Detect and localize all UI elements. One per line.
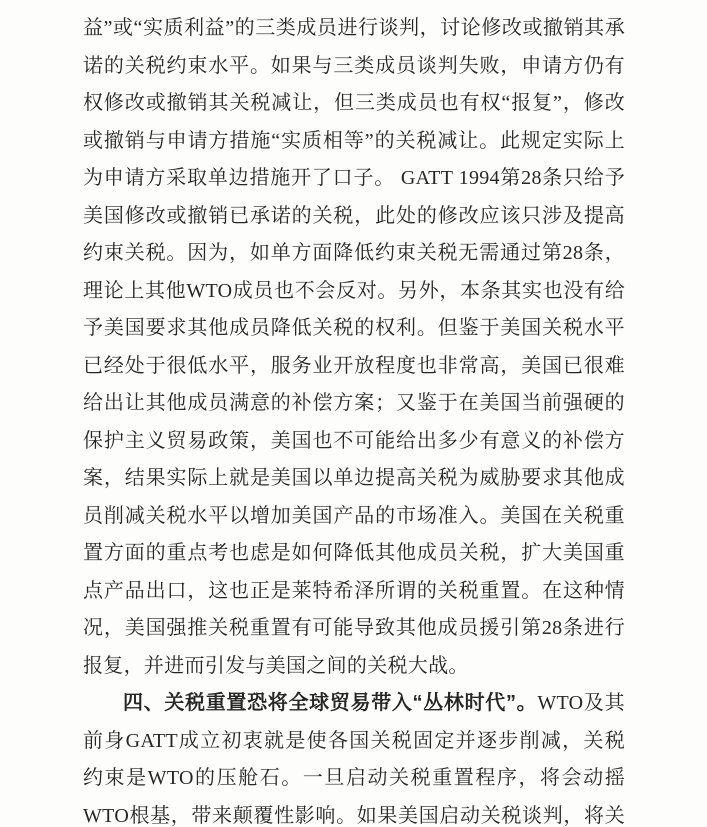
text-line: 保护主义贸易政策，美国也不可能给出多少有意义的补偿方 — [83, 423, 625, 461]
text-line: 案，结果实际上就是美国以单边提高关税为威胁要求其他成 — [83, 460, 625, 498]
text-line: 前身GATT成立初衷就是使各国关税固定并逐步削减，关税 — [83, 723, 625, 761]
text-line: 约束关税。因为，如单方面降低约束关税无需通过第28条， — [83, 235, 625, 273]
text-line: 点产品出口，这也正是莱特希泽所谓的关税重置。在这种情 — [83, 573, 625, 611]
section-heading-line: 四、关税重置恐将全球贸易带入“丛林时代”。WTO及其 — [83, 685, 625, 723]
body-text: 报复，并进而引发与美国之间的关税大战。 — [83, 655, 469, 677]
body-text: 为申请方采取单边措施开了口子。 GATT 1994第28条只给予 — [83, 167, 625, 189]
body-text: 益”或“实质利益”的三类成员进行谈判，讨论修改或撤销其承 — [83, 17, 625, 39]
body-text: 美国修改或撤销已承诺的关税，此处的修改应该只涉及提高 — [83, 205, 625, 227]
body-text: 给出让其他成员满意的补偿方案；又鉴于在美国当前强硬的 — [83, 392, 625, 414]
body-text: 予美国要求其他成员降低关税的权利。但鉴于美国关税水平 — [83, 317, 625, 339]
body-text: WTO根基，带来颠覆性影响。如果美国启动关税谈判，将关 — [83, 805, 625, 827]
body-text: 置方面的重点考也虑是如何降低其他成员关税，扩大美国重 — [83, 542, 625, 564]
text-line: 美国修改或撤销已承诺的关税，此处的修改应该只涉及提高 — [83, 198, 625, 236]
body-text: 员削减关税水平以增加美国产品的市场准入。美国在关税重 — [83, 505, 625, 527]
text-column: 益”或“实质利益”的三类成员进行谈判，讨论修改或撤销其承诺的关税约束水平。如果与… — [83, 10, 625, 827]
text-line: 为申请方采取单边措施开了口子。 GATT 1994第28条只给予 — [83, 160, 625, 198]
body-text: 或撤销与申请方措施“实质相等”的关税减让。此规定实际上 — [83, 130, 625, 152]
text-line: 已经处于很低水平，服务业开放程度也非常高，美国已很难 — [83, 348, 625, 386]
text-line: 益”或“实质利益”的三类成员进行谈判，讨论修改或撤销其承 — [83, 10, 625, 48]
body-text: 诺的关税约束水平。如果与三类成员谈判失败，申请方仍有 — [83, 55, 625, 77]
document-page: 益”或“实质利益”的三类成员进行谈判，讨论修改或撤销其承诺的关税约束水平。如果与… — [0, 0, 707, 827]
body-text: 约束是WTO的压舱石。一旦启动关税重置程序，将会动摇 — [83, 767, 625, 789]
text-line: 置方面的重点考也虑是如何降低其他成员关税，扩大美国重 — [83, 535, 625, 573]
heading-text: 四、关税重置恐将全球贸易带入“丛林时代”。 — [123, 692, 537, 714]
body-text: 案，结果实际上就是美国以单边提高关税为威胁要求其他成 — [83, 467, 625, 489]
body-text: 点产品出口，这也正是莱特希泽所谓的关税重置。在这种情 — [83, 580, 625, 602]
text-line: 况，美国强推关税重置有可能导致其他成员援引第28条进行 — [83, 610, 625, 648]
body-text: WTO及其 — [537, 692, 625, 714]
body-text: 前身GATT成立初衷就是使各国关税固定并逐步削减，关税 — [83, 730, 625, 752]
body-text: 权修改或撤销其关税减让，但三类成员也有权“报复”，修改 — [83, 92, 625, 114]
text-line: 员削减关税水平以增加美国产品的市场准入。美国在关税重 — [83, 498, 625, 536]
body-text: 保护主义贸易政策，美国也不可能给出多少有意义的补偿方 — [83, 430, 625, 452]
text-line: 给出让其他成员满意的补偿方案；又鉴于在美国当前强硬的 — [83, 385, 625, 423]
text-line: WTO根基，带来颠覆性影响。如果美国启动关税谈判，将关 — [83, 798, 625, 827]
body-text: 已经处于很低水平，服务业开放程度也非常高，美国已很难 — [83, 355, 625, 377]
text-line: 或撤销与申请方措施“实质相等”的关税减让。此规定实际上 — [83, 123, 625, 161]
body-text: 理论上其他WTO成员也不会反对。另外，本条其实也没有给 — [83, 280, 625, 302]
text-line: 权修改或撤销其关税减让，但三类成员也有权“报复”，修改 — [83, 85, 625, 123]
text-line: 予美国要求其他成员降低关税的权利。但鉴于美国关税水平 — [83, 310, 625, 348]
text-line: 理论上其他WTO成员也不会反对。另外，本条其实也没有给 — [83, 273, 625, 311]
text-line: 报复，并进而引发与美国之间的关税大战。 — [83, 648, 625, 686]
body-text: 况，美国强推关税重置有可能导致其他成员援引第28条进行 — [83, 617, 625, 639]
text-line: 诺的关税约束水平。如果与三类成员谈判失败，申请方仍有 — [83, 48, 625, 86]
body-text: 约束关税。因为，如单方面降低约束关税无需通过第28条， — [83, 242, 625, 264]
text-line: 约束是WTO的压舱石。一旦启动关税重置程序，将会动摇 — [83, 760, 625, 798]
